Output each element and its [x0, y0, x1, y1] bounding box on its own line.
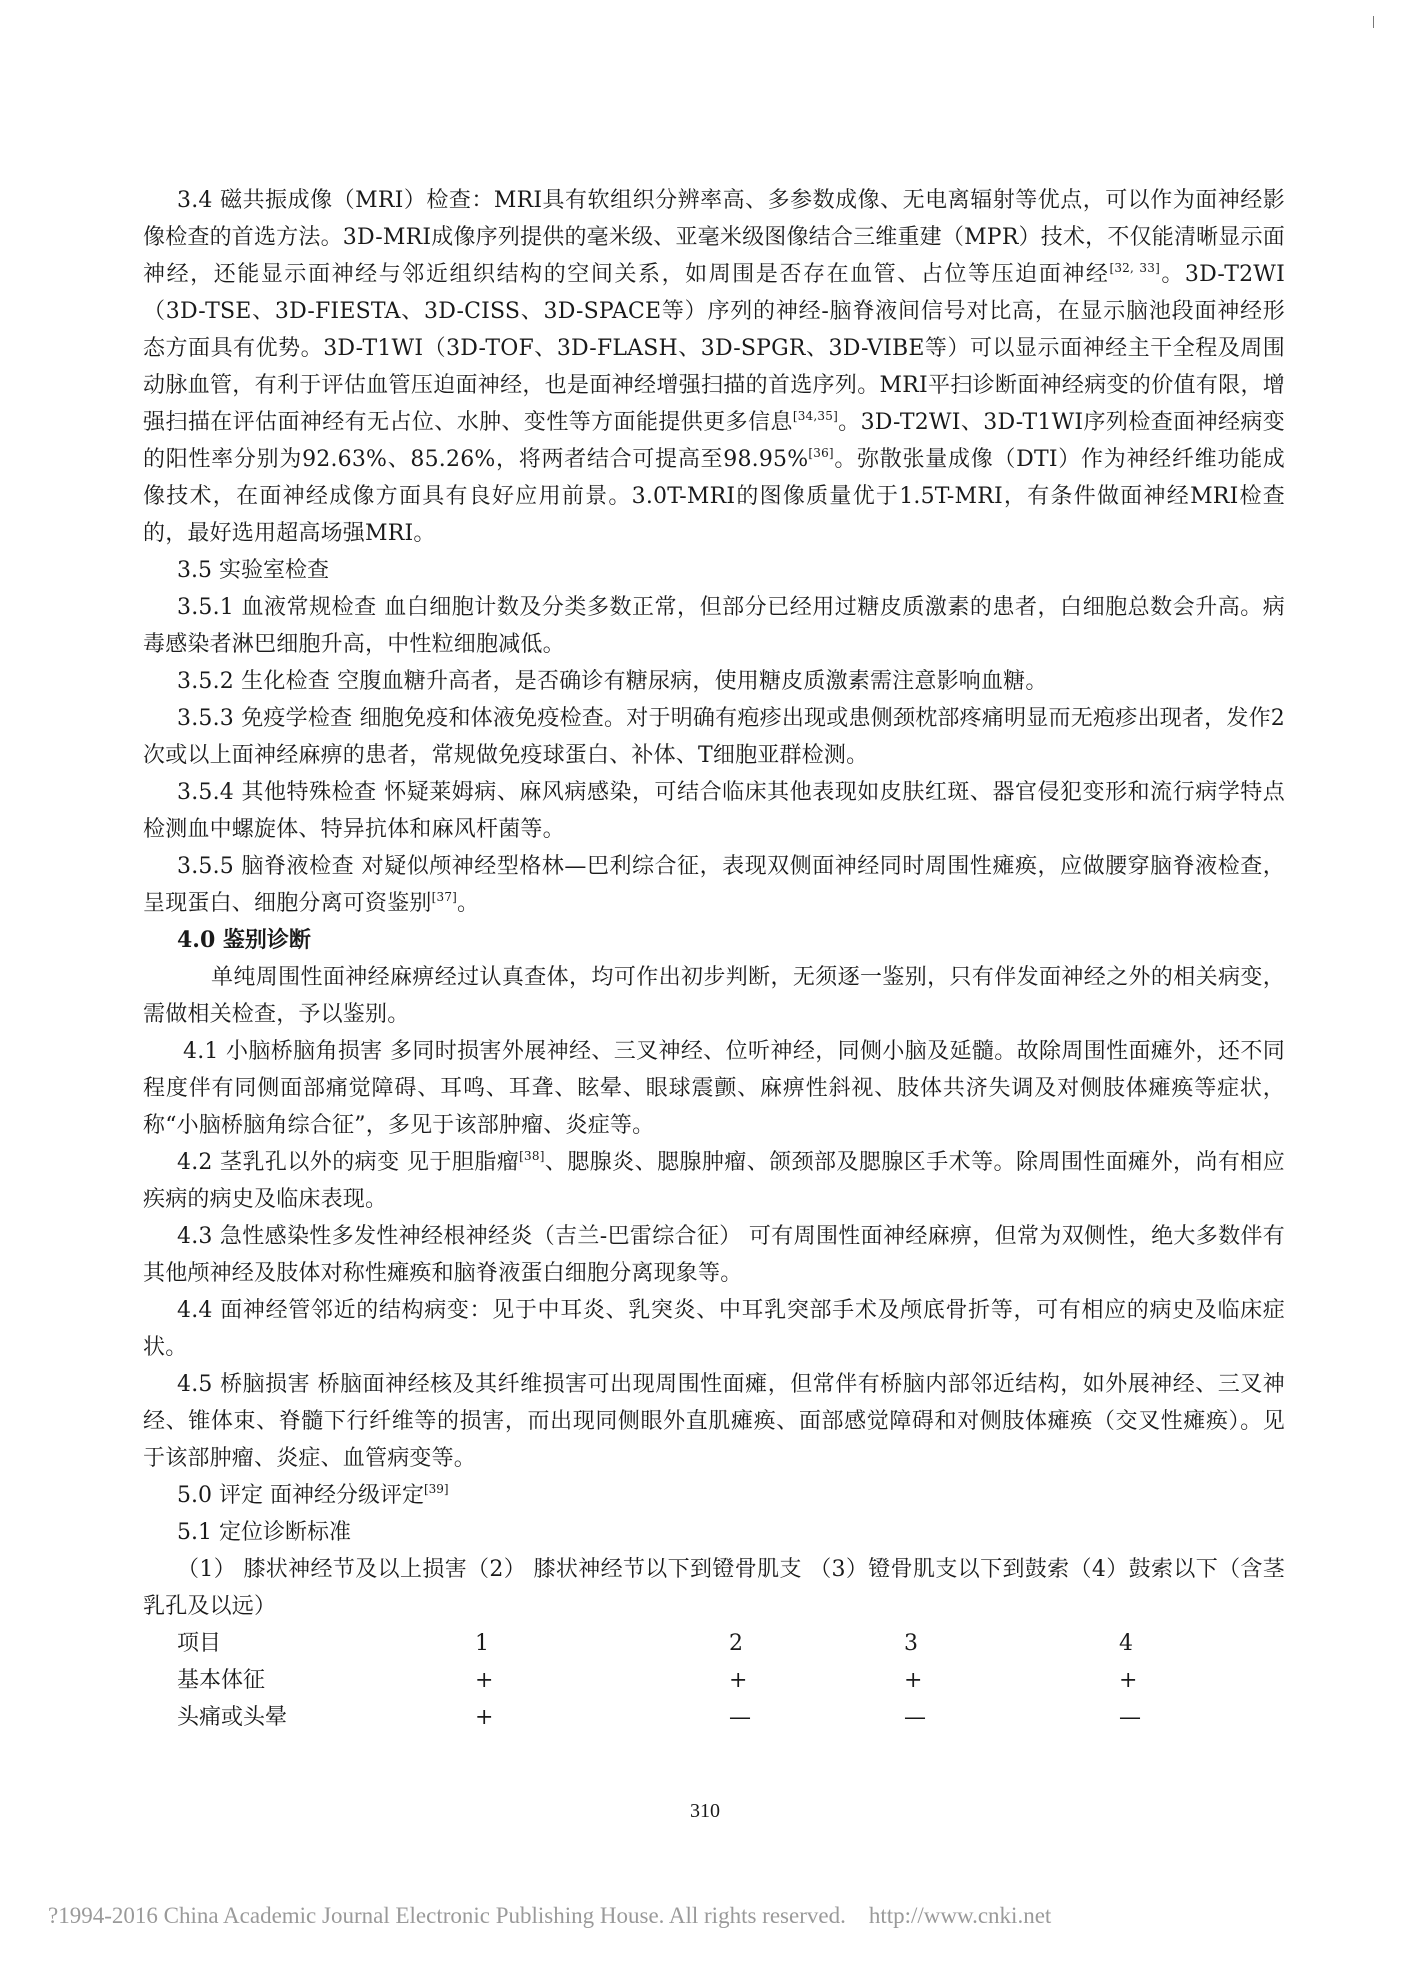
table-header-cell: 1 [423, 1625, 729, 1662]
table-row: 头痛或头晕 + — — — [143, 1699, 1285, 1736]
copyright-footer: ?1994-2016 China Academic Journal Electr… [0, 1903, 1410, 1929]
table-cell: — [904, 1699, 1119, 1736]
table-header-cell: 4 [1119, 1625, 1199, 1662]
table-cell: + [904, 1662, 1119, 1699]
citation: [38] [519, 1149, 544, 1163]
paragraph-4-3: 4.3 急性感染性多发性神经根神经炎（吉兰-巴雷综合征） 可有周围性面神经麻痹，… [143, 1218, 1285, 1292]
paragraph-3-4-mri: 3.4 磁共振成像（MRI）检查：MRI具有软组织分辨率高、多参数成像、无电离辐… [143, 182, 1285, 552]
table-cell: + [1119, 1662, 1199, 1699]
paragraph-3-5-5: 3.5.5 脑脊液检查 对疑似颅神经型格林—巴利综合征，表现双侧面神经同时周围性… [143, 848, 1285, 922]
document-body: 3.4 磁共振成像（MRI）检查：MRI具有软组织分辨率高、多参数成像、无电离辐… [143, 182, 1285, 1736]
table-row: 基本体征 + + + + [143, 1662, 1285, 1699]
section-heading-5-1: 5.1 定位诊断标准 [143, 1514, 1285, 1551]
paragraph-5-1-localization: （1） 膝状神经节及以上损害（2） 膝状神经节以下到镫骨肌支 （3）镫骨肌支以下… [143, 1551, 1285, 1625]
section-heading-3-5: 3.5 实验室检查 [143, 552, 1285, 589]
table-header-cell: 项目 [143, 1625, 423, 1662]
paragraph-4-0: 单纯周围性面神经麻痹经过认真查体，均可作出初步判断，无须逐一鉴别，只有伴发面神经… [143, 959, 1285, 1033]
section-heading-5-0: 5.0 评定 面神经分级评定[39] [143, 1477, 1285, 1514]
page-number: 310 [0, 1800, 1410, 1823]
table-cell: 基本体征 [143, 1662, 423, 1699]
table-header-cell: 2 [729, 1625, 904, 1662]
table-cell: + [729, 1662, 904, 1699]
table-cell: — [1119, 1699, 1199, 1736]
paragraph-3-5-1: 3.5.1 血液常规检查 血白细胞计数及分类多数正常，但部分已经用过糖皮质激素的… [143, 589, 1285, 663]
paragraph-4-5: 4.5 桥脑损害 桥脑面神经核及其纤维损害可出现周围性面瘫，但常伴有桥脑内部邻近… [143, 1366, 1285, 1477]
citation: [36] [808, 446, 833, 460]
paragraph-3-5-3: 3.5.3 免疫学检查 细胞免疫和体液免疫检查。对于明确有疱疹出现或患侧颈枕部疼… [143, 700, 1285, 774]
table-cell: + [423, 1699, 729, 1736]
section-heading-4-0: 4.0 鉴别诊断 [143, 922, 1285, 959]
citation: [32, 33] [1109, 261, 1160, 275]
citation: [39] [424, 1482, 449, 1496]
table-header-row: 项目 1 2 3 4 [143, 1625, 1285, 1662]
citation: [37] [432, 890, 457, 904]
localization-table: 项目 1 2 3 4 基本体征 + + + + 头痛或头晕 + — — — [143, 1625, 1285, 1736]
paragraph-4-2: 4.2 茎乳孔以外的病变 见于胆脂瘤[38]、腮腺炎、腮腺肿瘤、颌颈部及腮腺区手… [143, 1144, 1285, 1218]
table-cell: — [729, 1699, 904, 1736]
paragraph-4-4: 4.4 面神经管邻近的结构病变：见于中耳炎、乳突炎、中耳乳突部手术及颅底骨折等，… [143, 1292, 1285, 1366]
paragraph-text: 。 [457, 891, 479, 916]
paragraph-text: 4.2 茎乳孔以外的病变 见于胆脂瘤 [177, 1150, 519, 1175]
scan-corner-mark [1373, 16, 1374, 28]
citation: [34,35] [793, 409, 838, 423]
paragraph-4-1: 4.1 小脑桥脑角损害 多同时损害外展神经、三叉神经、位听神经，同侧小脑及延髓。… [143, 1033, 1285, 1144]
table-cell: + [423, 1662, 729, 1699]
heading-text: 5.0 评定 面神经分级评定 [177, 1483, 424, 1508]
paragraph-3-5-2: 3.5.2 生化检查 空腹血糖升高者，是否确诊有糖尿病，使用糖皮质激素需注意影响… [143, 663, 1285, 700]
table-cell: 头痛或头晕 [143, 1699, 423, 1736]
paragraph-3-5-4: 3.5.4 其他特殊检查 怀疑莱姆病、麻风病感染，可结合临床其他表现如皮肤红斑、… [143, 774, 1285, 848]
paragraph-text: 3.5.5 脑脊液检查 对疑似颅神经型格林—巴利综合征，表现双侧面神经同时周围性… [143, 854, 1285, 916]
table-header-cell: 3 [904, 1625, 1119, 1662]
